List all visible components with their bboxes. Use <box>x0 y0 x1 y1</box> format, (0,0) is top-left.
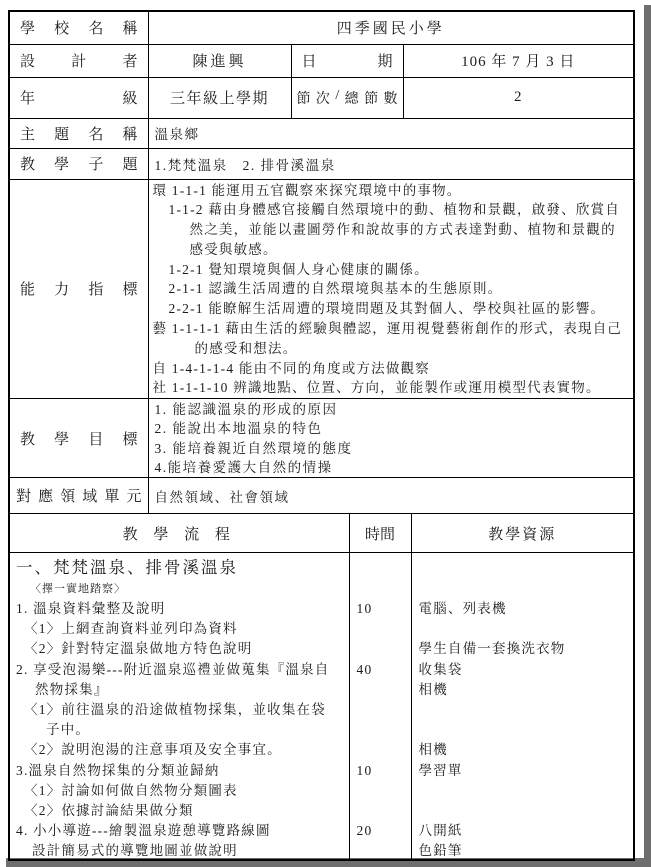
resource-line <box>412 781 634 801</box>
flow-line: 然物採集』 <box>10 680 349 700</box>
flow-line: 4. 小小導遊---繪製溫泉遊憩導覽路線圖 <box>10 821 349 841</box>
resource-line: 電腦、列表機 <box>412 599 634 619</box>
designer-label: 設計者 <box>9 44 148 77</box>
competence-indicators-label: 能力指標 <box>9 179 148 399</box>
indicator-line: 1-2-1 覺知環境與個人身心健康的關係。 <box>149 260 634 280</box>
flow-line: 設計簡易式的導覽地圖並做說明 <box>10 841 349 859</box>
resource-line <box>412 720 634 740</box>
topic-name-value: 溫泉鄉 <box>148 118 634 148</box>
time-line <box>350 581 411 599</box>
objective-line: 4.能培養愛護大自然的情操 <box>149 458 634 477</box>
flow-line: 〈2〉針對特定溫泉做地方特色說明 <box>10 639 349 659</box>
indicator-line: 1-1-2 藉由身體感官接觸自然環境中的動、植物和景觀，啟發、欣賞自 <box>149 200 634 220</box>
resource-line <box>412 700 634 720</box>
flow-line: 〈1〉討論如何做自然物分類圖表 <box>10 781 349 801</box>
flow-line: 3.溫泉自然物採集的分類並歸納 <box>10 761 349 781</box>
time-line <box>350 801 411 821</box>
indicator-line: 2-2-1 能瞭解生活周遭的環境問題及其對個人、學校與社區的影響。 <box>149 299 634 319</box>
resource-line: 收集袋 <box>412 660 634 680</box>
sessions-value: 2 <box>403 77 634 118</box>
sub-topics-label: 教學子題 <box>9 148 148 179</box>
page-shadow-right <box>644 5 651 867</box>
flow-line: 一、梵梵溫泉、排骨溪溫泉 <box>10 555 349 581</box>
date-value: 106 年 7 月 3 日 <box>403 44 634 77</box>
resource-line: 相機 <box>412 740 634 760</box>
sub-topics-value: 1.梵梵溫泉 2. 排骨溪溫泉 <box>148 148 634 179</box>
flow-line: 〈2〉說明泡湯的注意事項及安全事宜。 <box>10 740 349 760</box>
competence-indicators-text: 環 1-1-1 能運用五官觀察來探究環境中的事物。1-1-2 藉由身體感官接觸自… <box>149 180 634 399</box>
time-line <box>350 781 411 801</box>
resource-values: 電腦、列表機學生自備一套換洗衣物收集袋相機相機學習單八開紙色鉛筆 <box>412 553 634 859</box>
indicator-line: 的感受和想法。 <box>149 339 634 359</box>
lesson-plan-table: 學校名稱 四季國民小學 設計者 陳進興 日期 106 年 7 月 3 日 年級 … <box>8 10 635 861</box>
resource-line <box>412 619 634 639</box>
teaching-objectives-cell: 1. 能認識溫泉的形成的原因2. 能說出本地溫泉的特色3. 能培養親近自然環境的… <box>148 399 634 478</box>
domain-unit-label: 對應領域單元 <box>9 478 148 514</box>
grade-value: 三年級上學期 <box>148 77 291 118</box>
sessions-label: 節次/總節數 <box>291 77 403 118</box>
flow-line: 〈2〉依據討論結果做分類 <box>10 801 349 821</box>
competence-indicators-cell: 環 1-1-1 能運用五官觀察來探究環境中的事物。1-1-2 藉由身體感官接觸自… <box>148 179 634 399</box>
flow-line: 〈擇一實地踏察〉 <box>10 581 349 599</box>
time-line: 20 <box>350 821 411 841</box>
flow-header-process: 教 學 流 程 <box>9 514 349 553</box>
time-line <box>350 841 411 859</box>
objective-line: 3. 能培養親近自然環境的態度 <box>149 439 634 458</box>
grade-label: 年級 <box>9 77 148 118</box>
school-name-value: 四季國民小學 <box>148 11 634 44</box>
flow-line: 2. 享受泡湯樂---附近溫泉巡禮並做蒐集『溫泉自 <box>10 660 349 680</box>
objective-line: 1. 能認識溫泉的形成的原因 <box>149 400 634 419</box>
indicator-line: 自 1-4-1-1-4 能由不同的角度或方法做觀察 <box>149 359 634 379</box>
designer-value: 陳進興 <box>148 44 291 77</box>
time-line <box>350 619 411 639</box>
date-label: 日期 <box>291 44 403 77</box>
objective-line: 2. 能說出本地溫泉的特色 <box>149 419 634 438</box>
resource-line <box>412 581 634 599</box>
flow-line: 子中。 <box>10 720 349 740</box>
resource-line <box>412 555 634 581</box>
resources-column: 電腦、列表機學生自備一套換洗衣物收集袋相機相機學習單八開紙色鉛筆 <box>411 553 634 861</box>
flow-header-time: 時間 <box>349 514 411 553</box>
time-values: 10401020 <box>350 553 411 859</box>
teaching-flow-column: 一、梵梵溫泉、排骨溪溫泉〈擇一實地踏察〉1. 溫泉資料彙整及說明〈1〉上網查詢資… <box>9 553 349 861</box>
flow-header-resources: 教學資源 <box>411 514 634 553</box>
teaching-objectives-label: 教學目標 <box>9 399 148 478</box>
teaching-objectives-text: 1. 能認識溫泉的形成的原因2. 能說出本地溫泉的特色3. 能培養親近自然環境的… <box>149 399 634 477</box>
time-line: 10 <box>350 761 411 781</box>
indicator-line: 2-1-1 認識生活周遭的自然環境與基本的生態原則。 <box>149 279 634 299</box>
indicator-line: 藝 1-1-1-1 藉由生活的經驗與體認，運用視覺藝術創作的形式，表現自己 <box>149 319 634 339</box>
indicator-line: 社 1-1-1-10 辨識地點、位置、方向，並能製作或運用模型代表實物。 <box>149 378 634 398</box>
resource-line: 八開紙 <box>412 821 634 841</box>
resource-line <box>412 801 634 821</box>
resource-line: 相機 <box>412 680 634 700</box>
flow-line: 1. 溫泉資料彙整及說明 <box>10 599 349 619</box>
resource-line: 學習單 <box>412 761 634 781</box>
resource-line: 學生自備一套換洗衣物 <box>412 639 634 659</box>
indicator-line: 然之美，並能以畫圖勞作和說故事的方式表達對動、植物和景觀的 <box>149 220 634 240</box>
time-line <box>350 700 411 720</box>
school-name-label: 學校名稱 <box>9 11 148 44</box>
teaching-flow-lines: 一、梵梵溫泉、排骨溪溫泉〈擇一實地踏察〉1. 溫泉資料彙整及說明〈1〉上網查詢資… <box>10 553 349 859</box>
time-line: 40 <box>350 660 411 680</box>
domain-unit-value: 自然領域、社會領域 <box>148 478 634 514</box>
time-line <box>350 555 411 581</box>
flow-line: 〈1〉上網查詢資料並列印為資料 <box>10 619 349 639</box>
flow-line: 〈1〉前往溫泉的沿途做植物採集，並收集在袋 <box>10 700 349 720</box>
time-column: 10401020 <box>349 553 411 861</box>
time-line <box>350 639 411 659</box>
time-line: 10 <box>350 599 411 619</box>
time-line <box>350 740 411 760</box>
indicator-line: 感受與敏感。 <box>149 240 634 260</box>
topic-name-label: 主題名稱 <box>9 118 148 148</box>
resource-line: 色鉛筆 <box>412 841 634 859</box>
time-line <box>350 720 411 740</box>
time-line <box>350 680 411 700</box>
indicator-line: 環 1-1-1 能運用五官觀察來探究環境中的事物。 <box>149 181 634 201</box>
